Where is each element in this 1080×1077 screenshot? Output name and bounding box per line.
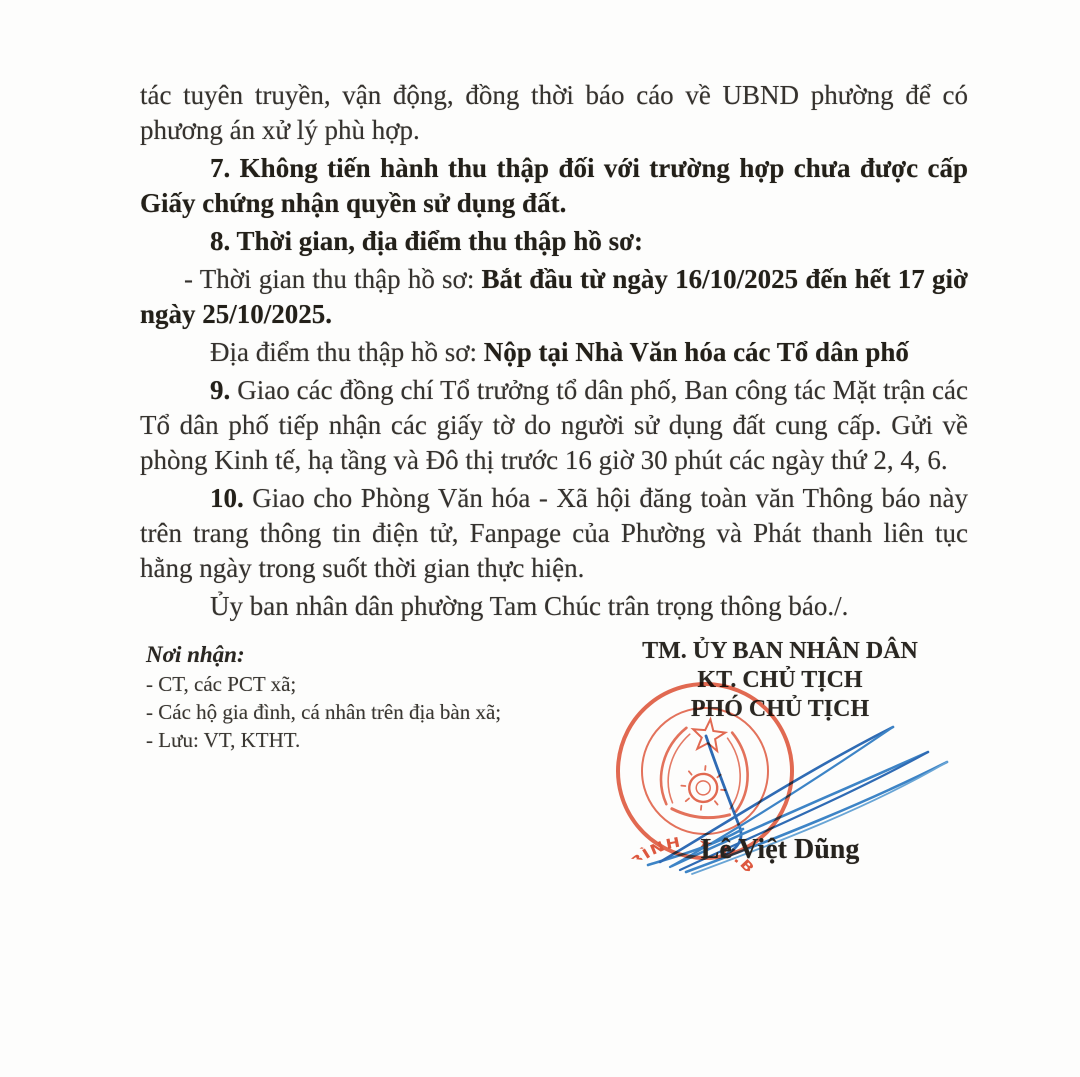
scanned-document-page: tác tuyên truyền, vận động, đồng thời bá… (0, 0, 1080, 1077)
paragraph: - Thời gian thu thập hồ sơ: Bắt đầu từ n… (140, 262, 968, 332)
signing-authority: TM. ỦY BAN NHÂN DÂN (580, 636, 980, 666)
paragraph: 7. Không tiến hành thu thập đối với trườ… (140, 151, 968, 221)
paragraph: 10. Giao cho Phòng Văn hóa - Xã hội đăng… (140, 481, 968, 586)
paragraph: Ủy ban nhân dân phường Tam Chúc trân trọ… (140, 589, 968, 624)
paragraph: Địa điểm thu thập hồ sơ: Nộp tại Nhà Văn… (140, 335, 968, 370)
signer-name: Lê Việt Dũng (580, 834, 980, 866)
document-body: tác tuyên truyền, vận động, đồng thời bá… (140, 78, 968, 624)
recipients-block: Nơi nhận: - CT, các PCT xã;- Các hộ gia … (146, 640, 566, 754)
paragraph: 8. Thời gian, địa điểm thu thập hồ sơ: (140, 224, 968, 259)
recipients-title: Nơi nhận: (146, 640, 566, 670)
paragraph: tác tuyên truyền, vận động, đồng thời bá… (140, 78, 968, 148)
paragraph: 9. Giao các đồng chí Tổ trưởng tổ dân ph… (140, 373, 968, 478)
recipient-item: - CT, các PCT xã; (146, 670, 566, 698)
recipient-item: - Các hộ gia đình, cá nhân trên địa bàn … (146, 698, 566, 726)
recipients-list: - CT, các PCT xã;- Các hộ gia đình, cá n… (146, 670, 566, 754)
recipient-item: - Lưu: VT, KTHT. (146, 726, 566, 754)
